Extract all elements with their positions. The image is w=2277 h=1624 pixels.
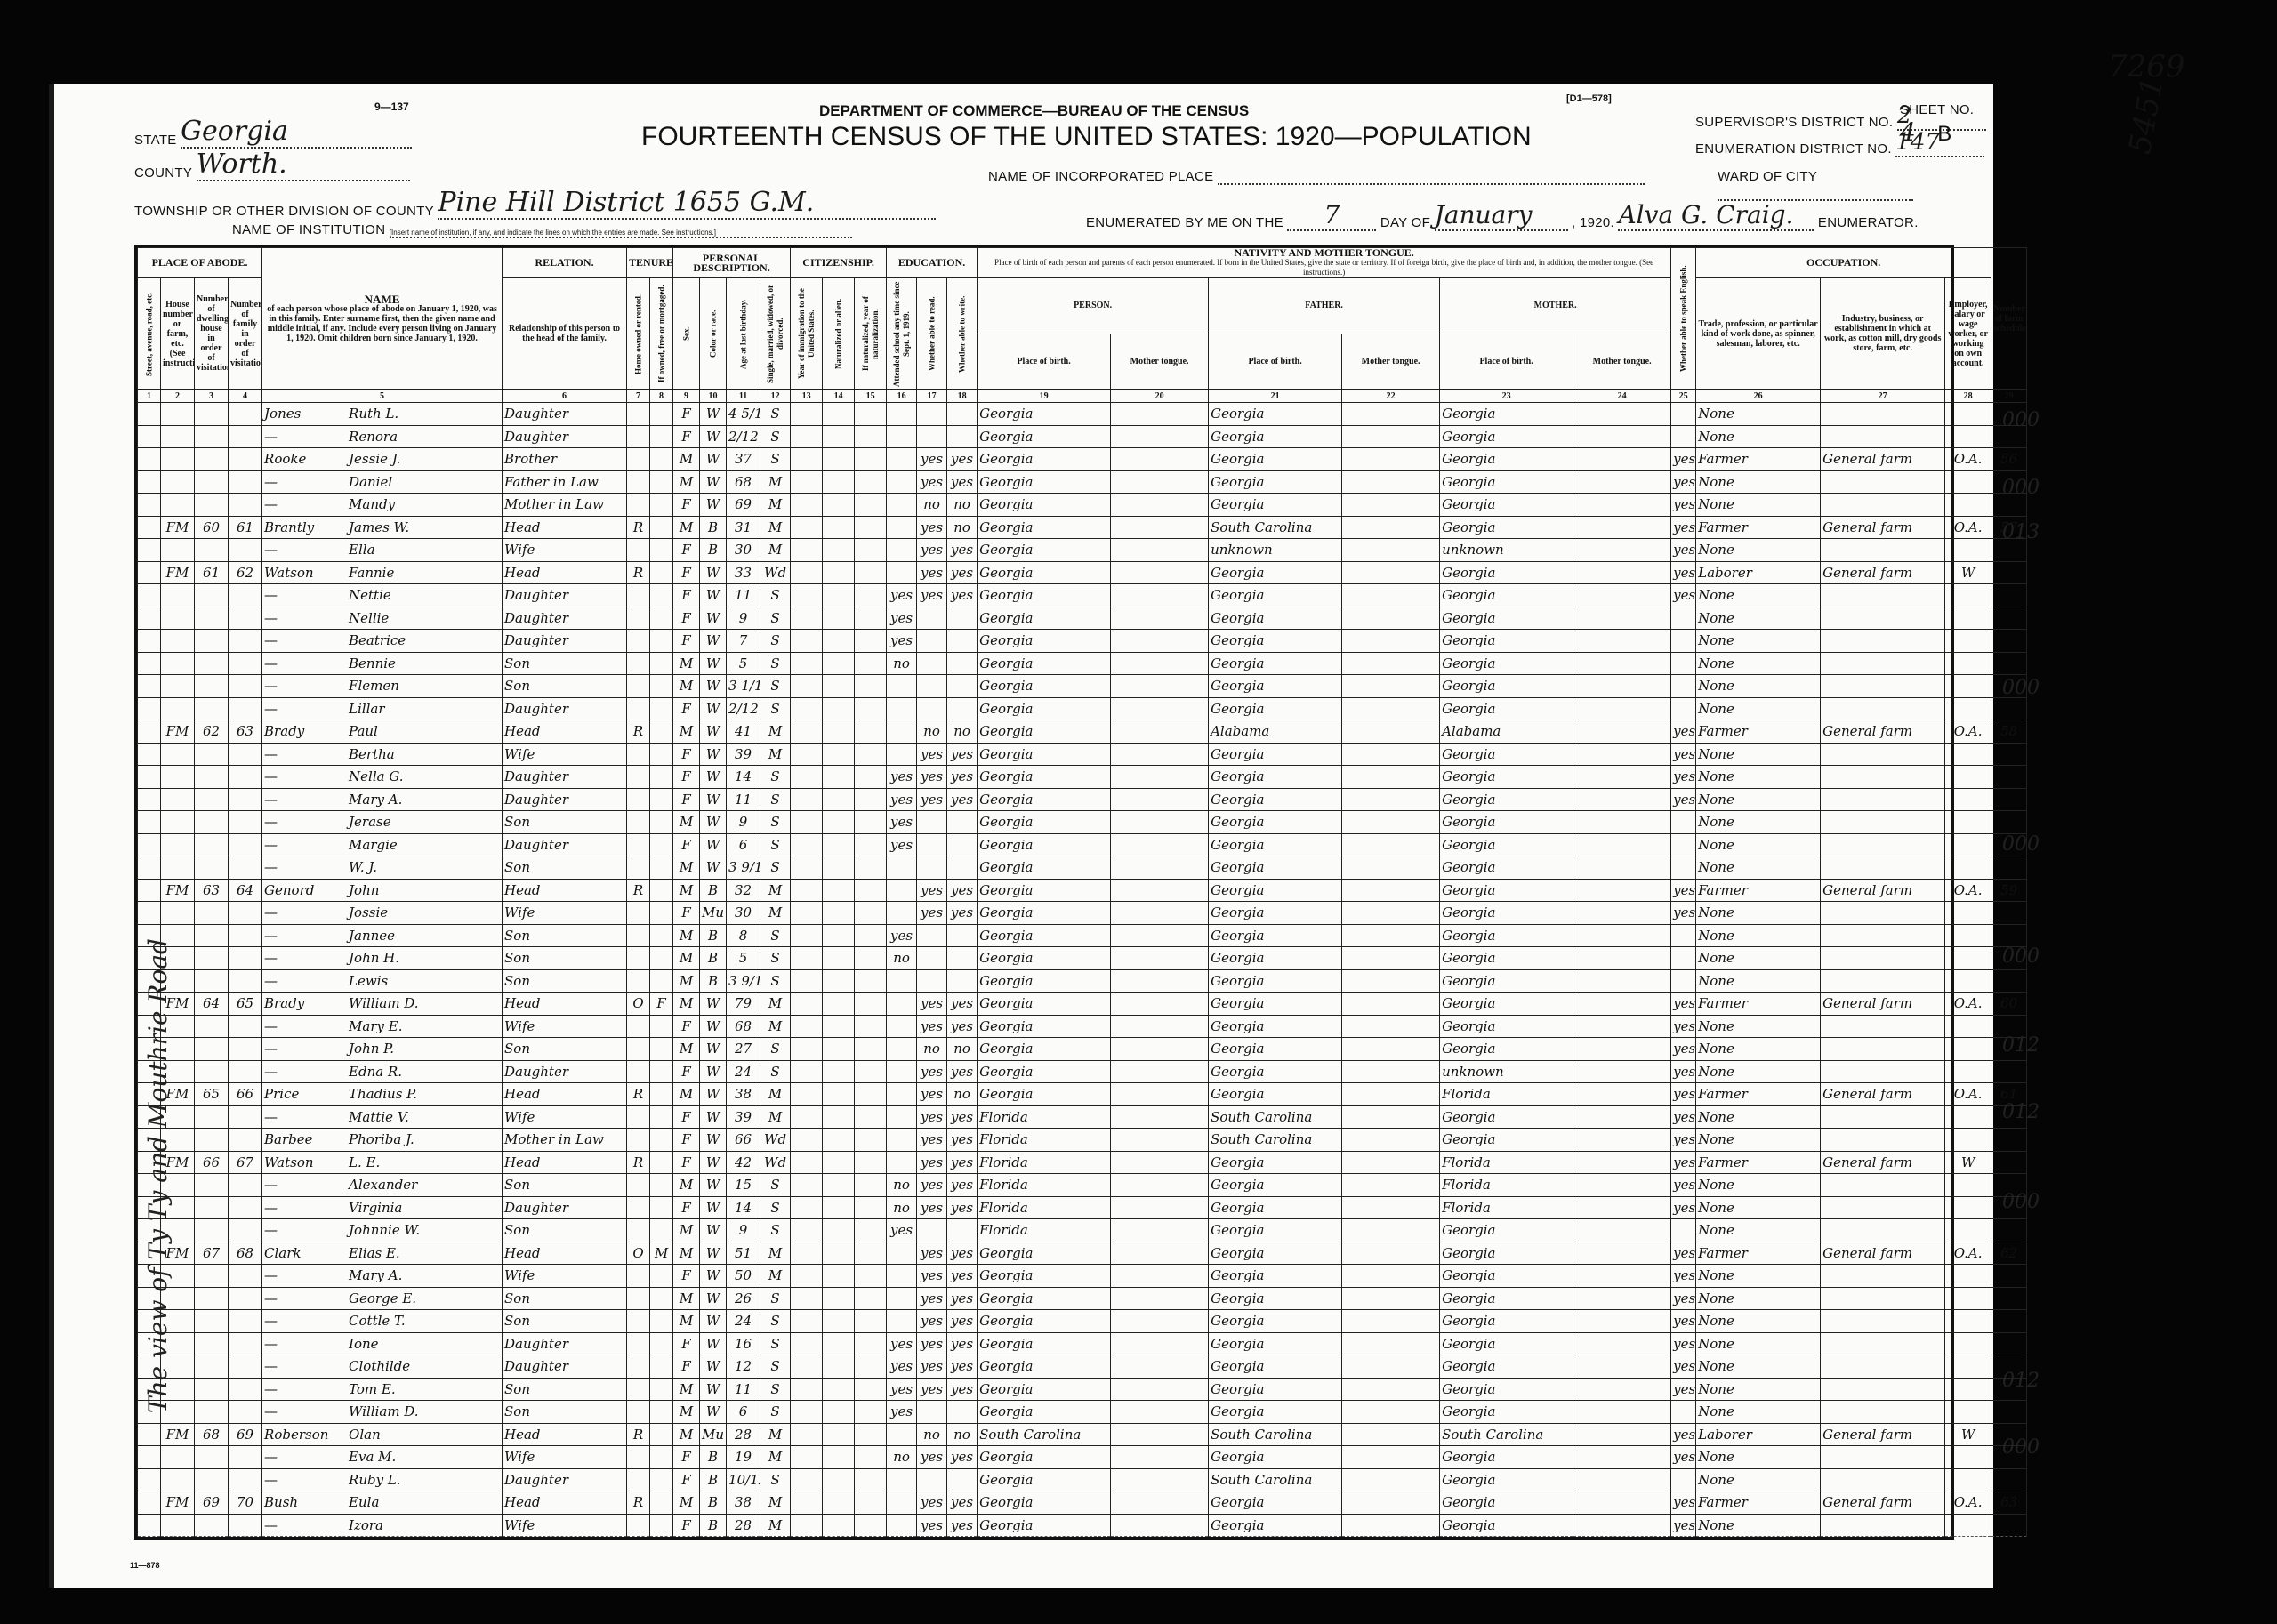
cell-owned: [650, 1287, 673, 1310]
township-value: Pine Hill District 1655 G.M.: [438, 187, 936, 220]
cell-street: [138, 539, 161, 562]
cell-father-pob: Georgia: [1209, 403, 1342, 426]
cell-father-pob: Georgia: [1209, 902, 1342, 925]
cell-immigration: [791, 516, 823, 539]
cell-school: [887, 697, 917, 720]
cell-person-pob: Georgia: [978, 1514, 1111, 1537]
given-name: William D.: [349, 995, 419, 1011]
cell-naturalized: [823, 1219, 855, 1242]
cell-person-pob: Georgia: [978, 766, 1111, 789]
cell-industry: [1821, 969, 1945, 993]
cell-school: yes: [887, 833, 917, 856]
cell-marital: M: [760, 1242, 791, 1265]
cell-sex: M: [673, 675, 700, 698]
cell-family: [229, 1219, 262, 1242]
cell-industry: [1821, 1174, 1945, 1197]
cell-industry: General farm: [1821, 720, 1945, 744]
cell-house: [161, 743, 195, 766]
col-dwelling: Number of dwelling house in order of vis…: [195, 278, 229, 390]
cell-naturalized: [823, 766, 855, 789]
cell-write: yes: [947, 1514, 978, 1537]
cell-house: [161, 403, 195, 426]
given-name: Ella: [349, 542, 375, 558]
column-number: 15: [855, 390, 887, 403]
surname: —: [264, 631, 349, 649]
farm-code: 012: [2002, 1034, 2040, 1057]
cell-mother-tongue: [1573, 1174, 1671, 1197]
cell-industry: [1821, 1219, 1945, 1242]
cell-marital: S: [760, 788, 791, 811]
cell-home: O: [627, 1242, 650, 1265]
cell-trade: None: [1696, 1287, 1821, 1310]
cell-read: yes: [917, 1265, 947, 1288]
cell-english: yes: [1671, 1105, 1696, 1129]
cell-english: yes: [1671, 788, 1696, 811]
cell-marital: S: [760, 697, 791, 720]
cell-naturalization-year: [855, 516, 887, 539]
cell-home: R: [627, 1151, 650, 1174]
column-number: 5: [262, 390, 503, 403]
cell-read: no: [917, 720, 947, 744]
cell-school: [887, 1310, 917, 1333]
column-number: 13: [791, 390, 823, 403]
cell-read: yes: [917, 1378, 947, 1401]
cell-mother-tongue: [1573, 584, 1671, 607]
surname: —: [264, 745, 349, 763]
cell-person-pob: Georgia: [978, 1265, 1111, 1288]
surname: —: [264, 927, 349, 945]
cell-farm-schedule: [1991, 607, 2027, 630]
cell-relation: Head: [503, 1151, 627, 1174]
cell-school: [887, 1129, 917, 1152]
cell-marital: Wd: [760, 1151, 791, 1174]
cell-owned: [650, 1378, 673, 1401]
given-name: William D.: [349, 1403, 419, 1419]
cell-father-pob: Georgia: [1209, 675, 1342, 698]
cell-name: WatsonFannie: [262, 561, 503, 584]
cell-sex: M: [673, 720, 700, 744]
cell-immigration: [791, 1468, 823, 1491]
cell-owned: [650, 924, 673, 947]
cell-father-tongue: [1342, 743, 1440, 766]
cell-naturalization-year: [855, 607, 887, 630]
cell-immigration: [791, 947, 823, 970]
cell-trade: None: [1696, 947, 1821, 970]
cell-family: 63: [229, 720, 262, 744]
table-row: FM6364GenordJohnHeadRMB32MyesyesGeorgiaG…: [138, 879, 2027, 902]
cell-dwelling: [195, 1015, 229, 1038]
cell-write: yes: [947, 879, 978, 902]
cell-farm-schedule: [1991, 1310, 2027, 1333]
cell-read: yes: [917, 788, 947, 811]
cell-write: yes: [947, 448, 978, 471]
cell-house: FM: [161, 561, 195, 584]
cell-father-pob: Georgia: [1209, 1060, 1342, 1083]
cell-immigration: [791, 1446, 823, 1469]
cell-industry: [1821, 947, 1945, 970]
cell-house: [161, 607, 195, 630]
col-name: NAMEof each person whose place of abode …: [262, 248, 503, 390]
cell-mother-pob: Georgia: [1440, 403, 1573, 426]
cell-age: 6: [727, 1401, 760, 1424]
cell-immigration: [791, 902, 823, 925]
cell-name: —Renora: [262, 425, 503, 448]
cell-owned: [650, 1446, 673, 1469]
cell-name: —Beatrice: [262, 630, 503, 653]
cell-mother-tongue: [1573, 1060, 1671, 1083]
cell-father-tongue: [1342, 425, 1440, 448]
cell-industry: [1821, 833, 1945, 856]
cell-naturalization-year: [855, 1491, 887, 1515]
cell-mother-pob: Florida: [1440, 1151, 1573, 1174]
cell-class: [1945, 1105, 1991, 1129]
cell-sex: M: [673, 1287, 700, 1310]
cell-father-pob: Georgia: [1209, 947, 1342, 970]
cell-father-pob: Georgia: [1209, 1196, 1342, 1219]
cell-write: yes: [947, 1310, 978, 1333]
cell-mother-pob: Georgia: [1440, 1105, 1573, 1129]
cell-mother-pob: Georgia: [1440, 1219, 1573, 1242]
cell-street: [138, 494, 161, 517]
cell-father-tongue: [1342, 1219, 1440, 1242]
cell-age: 41: [727, 720, 760, 744]
enumeration-month: January: [1435, 200, 1568, 231]
cell-farm-schedule: [1991, 811, 2027, 834]
cell-father-pob: Georgia: [1209, 448, 1342, 471]
cell-relation: Son: [503, 1038, 627, 1061]
given-name: Lewis: [349, 973, 388, 989]
cell-naturalized: [823, 1514, 855, 1537]
cell-family: [229, 743, 262, 766]
given-name: Cottle T.: [349, 1313, 406, 1329]
cell-read: no: [917, 1423, 947, 1446]
cell-class: O.A.: [1945, 1242, 1991, 1265]
cell-person-tongue: [1111, 448, 1209, 471]
cell-english: yes: [1671, 1060, 1696, 1083]
cell-person-pob: South Carolina: [978, 1423, 1111, 1446]
cell-street: [138, 403, 161, 426]
cell-father-tongue: [1342, 697, 1440, 720]
cell-owned: [650, 811, 673, 834]
section-citizenship: CITIZENSHIP.: [791, 248, 887, 278]
cell-person-tongue: [1111, 1310, 1209, 1333]
cell-father-pob: unknown: [1209, 539, 1342, 562]
cell-naturalization-year: [855, 720, 887, 744]
cell-home: [627, 1060, 650, 1083]
table-row: —Mary E.WifeFW68MyesyesGeorgiaGeorgiaGeo…: [138, 1015, 2027, 1038]
given-name: W. J.: [349, 859, 377, 875]
cell-sex: M: [673, 947, 700, 970]
cell-naturalization-year: [855, 539, 887, 562]
cell-marital: S: [760, 947, 791, 970]
cell-family: [229, 1060, 262, 1083]
cell-person-pob: Georgia: [978, 425, 1111, 448]
cell-family: [229, 652, 262, 675]
cell-write: [947, 1401, 978, 1424]
cell-class: [1945, 856, 1991, 880]
institution-label: NAME OF INSTITUTION: [232, 222, 385, 237]
cell-owned: [650, 969, 673, 993]
table-row: —Cottle T.SonMW24SyesyesGeorgiaGeorgiaGe…: [138, 1310, 2027, 1333]
cell-name: ClarkElias E.: [262, 1242, 503, 1265]
cell-marital: S: [760, 1060, 791, 1083]
surname: —: [264, 1357, 349, 1375]
cell-industry: [1821, 856, 1945, 880]
cell-read: yes: [917, 766, 947, 789]
cell-race: W: [700, 1174, 727, 1197]
cell-industry: General farm: [1821, 1151, 1945, 1174]
cell-english: [1671, 607, 1696, 630]
cell-read: yes: [917, 1174, 947, 1197]
cell-name: —John H.: [262, 947, 503, 970]
cell-trade: None: [1696, 539, 1821, 562]
given-name: Bertha: [349, 746, 395, 762]
cell-person-tongue: [1111, 1060, 1209, 1083]
cell-english: [1671, 856, 1696, 880]
cell-naturalized: [823, 607, 855, 630]
cell-naturalization-year: [855, 1038, 887, 1061]
given-name: Mattie V.: [349, 1109, 409, 1125]
ward-value: [1718, 199, 1913, 201]
cell-class: [1945, 969, 1991, 993]
cell-owned: [650, 1332, 673, 1355]
cell-street: [138, 1514, 161, 1537]
cell-home: [627, 448, 650, 471]
cell-industry: [1821, 403, 1945, 426]
cell-marital: S: [760, 1287, 791, 1310]
cell-write: yes: [947, 1332, 978, 1355]
cell-father-tongue: [1342, 1378, 1440, 1401]
cell-race: W: [700, 1219, 727, 1242]
cell-family: [229, 1038, 262, 1061]
census-table: PLACE OF ABODE. NAMEof each person whose…: [134, 245, 1954, 1540]
cell-sex: M: [673, 993, 700, 1016]
cell-relation: Head: [503, 1242, 627, 1265]
cell-naturalized: [823, 811, 855, 834]
farm-code: 000: [2002, 833, 2040, 856]
cell-trade: None: [1696, 1355, 1821, 1379]
cell-father-tongue: [1342, 584, 1440, 607]
cell-farm-schedule: [1991, 630, 2027, 653]
cell-industry: [1821, 1196, 1945, 1219]
cell-name: BradyPaul: [262, 720, 503, 744]
cell-house: [161, 539, 195, 562]
cell-school: [887, 1038, 917, 1061]
cell-home: R: [627, 1491, 650, 1515]
cell-naturalized: [823, 494, 855, 517]
cell-dwelling: [195, 1332, 229, 1355]
cell-school: yes: [887, 766, 917, 789]
cell-english: [1671, 811, 1696, 834]
cell-family: [229, 856, 262, 880]
given-name: John: [349, 882, 379, 898]
cell-name: —Lewis: [262, 969, 503, 993]
col-person-tongue: Mother tongue.: [1111, 334, 1209, 390]
cell-marital: S: [760, 1401, 791, 1424]
cell-immigration: [791, 1378, 823, 1401]
cell-person-tongue: [1111, 993, 1209, 1016]
cell-industry: [1821, 743, 1945, 766]
cell-marital: M: [760, 879, 791, 902]
surname: —: [264, 1017, 349, 1035]
cell-mother-tongue: [1573, 1423, 1671, 1446]
cell-school: no: [887, 947, 917, 970]
col-home: Home owned or rented.: [627, 278, 650, 390]
cell-write: yes: [947, 1196, 978, 1219]
cell-marital: S: [760, 403, 791, 426]
surname: —: [264, 586, 349, 604]
cell-street: [138, 766, 161, 789]
cell-naturalized: [823, 924, 855, 947]
cell-person-tongue: [1111, 969, 1209, 993]
cell-person-tongue: [1111, 1401, 1209, 1424]
cell-street: [138, 584, 161, 607]
cell-write: [947, 811, 978, 834]
cell-dwelling: 67: [195, 1242, 229, 1265]
state-value: Georgia: [181, 116, 412, 149]
cell-father-tongue: [1342, 788, 1440, 811]
cell-write: yes: [947, 1378, 978, 1401]
cell-school: [887, 969, 917, 993]
cell-home: [627, 856, 650, 880]
cell-school: [887, 1514, 917, 1537]
cell-write: [947, 833, 978, 856]
cell-farm-schedule: [1991, 788, 2027, 811]
col-write: Whether able to write.: [947, 278, 978, 390]
cell-street: [138, 470, 161, 494]
sheet-label: SHEET NO.: [1900, 102, 1974, 117]
margin-note: The view of Ty Ty and Mouthrie Road: [143, 938, 173, 1413]
cell-marital: M: [760, 1514, 791, 1537]
cell-mother-tongue: [1573, 720, 1671, 744]
cell-write: yes: [947, 584, 978, 607]
cell-mother-tongue: [1573, 607, 1671, 630]
cell-home: [627, 1355, 650, 1379]
surname: —: [264, 1040, 349, 1057]
section-personal: PERSONAL DESCRIPTION.: [673, 248, 791, 278]
cell-class: [1945, 425, 1991, 448]
cell-father-pob: Alabama: [1209, 720, 1342, 744]
cell-naturalized: [823, 652, 855, 675]
cell-class: W: [1945, 1423, 1991, 1446]
cell-trade: None: [1696, 1401, 1821, 1424]
cell-father-pob: Georgia: [1209, 697, 1342, 720]
cell-trade: None: [1696, 1015, 1821, 1038]
group-mother: MOTHER.: [1440, 278, 1671, 334]
cell-age: 11: [727, 1378, 760, 1401]
cell-family: [229, 1332, 262, 1355]
surname: —: [264, 473, 349, 491]
table-row: —NettieDaughterFW11SyesyesyesGeorgiaGeor…: [138, 584, 2027, 607]
cell-industry: [1821, 1514, 1945, 1537]
cell-industry: [1821, 1355, 1945, 1379]
table-row: —JossieWifeFMu30MyesyesGeorgiaGeorgiaGeo…: [138, 902, 2027, 925]
cell-mother-pob: Georgia: [1440, 516, 1573, 539]
cell-father-tongue: [1342, 833, 1440, 856]
cell-race: B: [700, 516, 727, 539]
cell-race: W: [700, 584, 727, 607]
sheet-number: SHEET NO. 4 B: [1900, 102, 1974, 147]
section-tenure: TENURE.: [627, 248, 673, 278]
cell-person-tongue: [1111, 1196, 1209, 1219]
column-number: 7: [627, 390, 650, 403]
cell-father-tongue: [1342, 561, 1440, 584]
cell-english: yes: [1671, 993, 1696, 1016]
cell-mother-tongue: [1573, 924, 1671, 947]
cell-father-tongue: [1342, 1129, 1440, 1152]
cell-race: W: [700, 811, 727, 834]
cell-mother-pob: Georgia: [1440, 993, 1573, 1016]
cell-mother-tongue: [1573, 630, 1671, 653]
cell-family: [229, 1446, 262, 1469]
cell-father-pob: Georgia: [1209, 584, 1342, 607]
cell-trade: None: [1696, 494, 1821, 517]
cell-home: R: [627, 1423, 650, 1446]
cell-dwelling: [195, 1287, 229, 1310]
cell-father-pob: Georgia: [1209, 766, 1342, 789]
cell-race: B: [700, 1514, 727, 1537]
cell-mother-tongue: [1573, 969, 1671, 993]
cell-naturalization-year: [855, 1174, 887, 1197]
cell-naturalization-year: [855, 1446, 887, 1469]
farm-code: 000: [2002, 477, 2040, 499]
given-name: Mandy: [349, 496, 395, 512]
cell-person-tongue: [1111, 470, 1209, 494]
cell-naturalization-year: [855, 1287, 887, 1310]
cell-mother-tongue: [1573, 1265, 1671, 1288]
cell-write: yes: [947, 743, 978, 766]
cell-father-pob: Georgia: [1209, 1332, 1342, 1355]
cell-father-pob: Georgia: [1209, 425, 1342, 448]
cell-school: [887, 448, 917, 471]
cell-street: [138, 630, 161, 653]
cell-street: [138, 561, 161, 584]
cell-home: [627, 788, 650, 811]
cell-father-pob: South Carolina: [1209, 1423, 1342, 1446]
cell-mother-tongue: [1573, 811, 1671, 834]
cell-naturalized: [823, 1401, 855, 1424]
cell-family: [229, 1287, 262, 1310]
cell-name: —Clothilde: [262, 1355, 503, 1379]
cell-trade: None: [1696, 675, 1821, 698]
cell-person-pob: Georgia: [978, 584, 1111, 607]
surname: —: [264, 1290, 349, 1307]
cell-house: [161, 1446, 195, 1469]
column-number: 20: [1111, 390, 1209, 403]
cell-race: B: [700, 539, 727, 562]
cell-mother-tongue: [1573, 1355, 1671, 1379]
cell-marital: S: [760, 675, 791, 698]
cell-family: [229, 902, 262, 925]
cell-naturalized: [823, 516, 855, 539]
cell-english: [1671, 947, 1696, 970]
cell-father-pob: Georgia: [1209, 607, 1342, 630]
cell-industry: [1821, 675, 1945, 698]
cell-write: yes: [947, 1151, 978, 1174]
cell-trade: Farmer: [1696, 720, 1821, 744]
sheet-side: B: [1937, 122, 1951, 146]
cell-father-pob: Georgia: [1209, 1151, 1342, 1174]
cell-farm-schedule: [1991, 697, 2027, 720]
cell-mother-tongue: [1573, 1015, 1671, 1038]
cell-person-tongue: [1111, 607, 1209, 630]
cell-father-pob: Georgia: [1209, 1514, 1342, 1537]
cell-owned: [650, 1060, 673, 1083]
column-number: 10: [700, 390, 727, 403]
cell-read: yes: [917, 584, 947, 607]
cell-industry: [1821, 584, 1945, 607]
cell-industry: [1821, 1060, 1945, 1083]
